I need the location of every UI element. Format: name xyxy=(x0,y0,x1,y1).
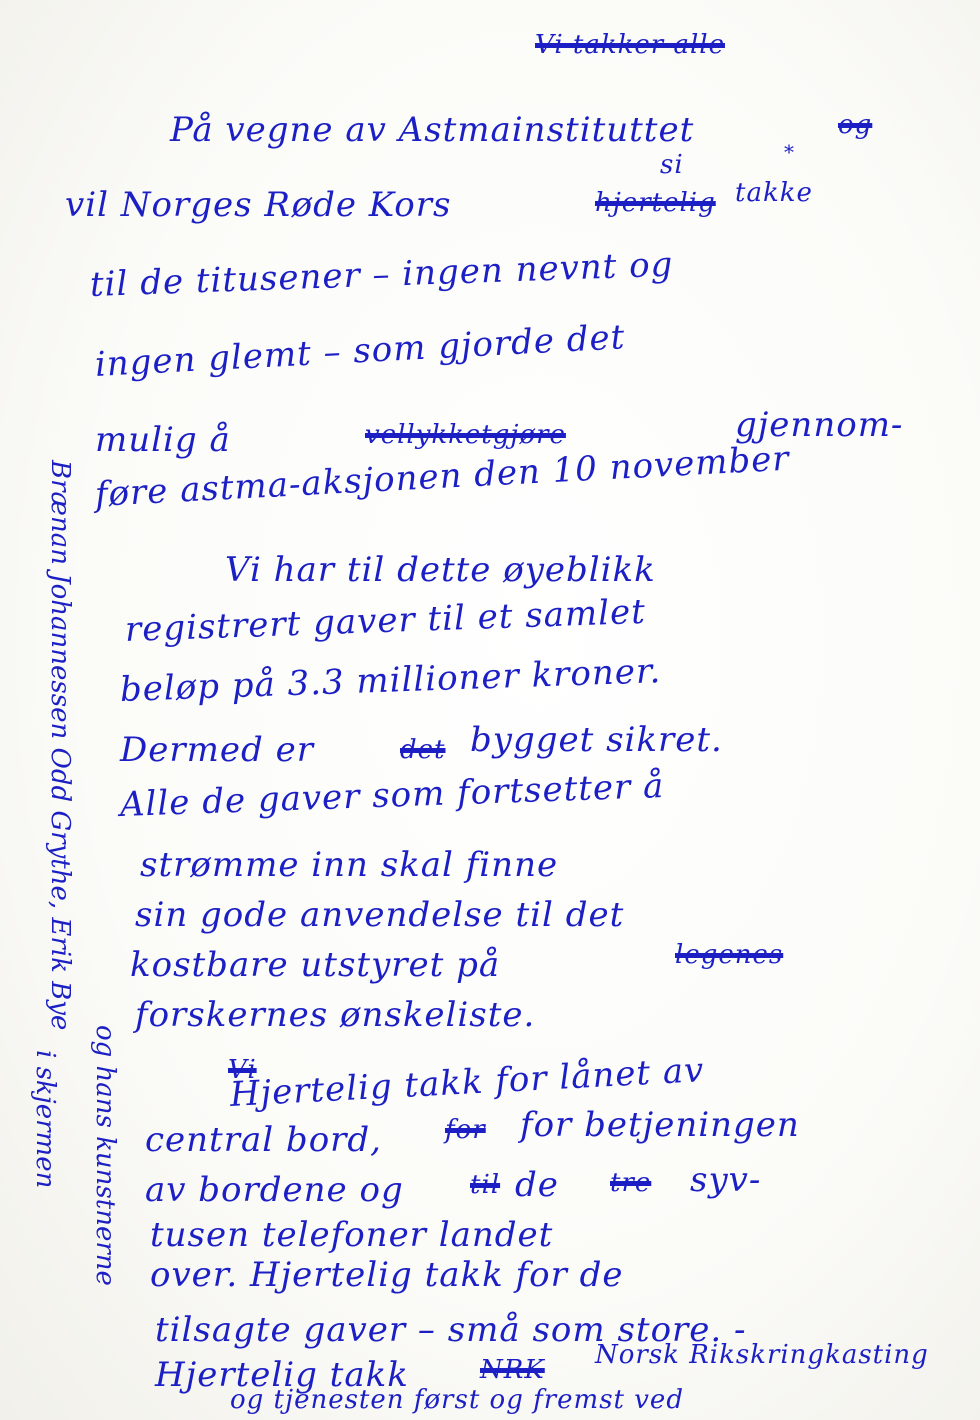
line-9: beløp på 3.3 millioner kroner. xyxy=(119,651,662,710)
line-2-strike: hjertelig xyxy=(595,188,716,218)
line-23b: Norsk Rikskringkasting xyxy=(595,1340,929,1370)
line-19-strike2: tre xyxy=(610,1168,651,1198)
line-19a: av bordene og xyxy=(145,1170,404,1210)
insertion-mark: * xyxy=(784,140,795,164)
letter-page: Vi takker alle På vegne av Astmainstitut… xyxy=(0,0,980,1420)
line-14a: kostbare utstyret på xyxy=(130,945,500,985)
margin-note-line-2: og hans kunstnerne xyxy=(90,1025,120,1286)
line-2-insert: si xyxy=(660,150,684,180)
line-7: Vi har til dette øyeblikk xyxy=(225,550,656,590)
line-2-end: takke xyxy=(735,178,813,208)
line-24: og tjenesten først og fremst ved xyxy=(230,1385,684,1415)
line-10-strike: det xyxy=(400,735,445,765)
line-3: til de titusener – ingen nevnt og xyxy=(89,245,674,305)
line-15: forskernes ønskeliste. xyxy=(135,995,535,1035)
line-19b: de xyxy=(515,1165,559,1205)
line-13: sin gode anvendelse til det xyxy=(135,895,624,935)
line-10a: Dermed er xyxy=(120,730,314,770)
line-18a: central bord, xyxy=(145,1120,382,1160)
line-18b: for betjeningen xyxy=(520,1105,800,1145)
line-5-strike: vellykketgjøre xyxy=(365,420,566,450)
header-strikeout: Vi takker alle xyxy=(535,30,725,60)
line-19-strike1: til xyxy=(470,1170,500,1200)
line-20: tusen telefoner landet xyxy=(150,1215,553,1255)
line-5b: gjennom- xyxy=(735,405,903,445)
line-18-strike: for xyxy=(445,1115,486,1145)
line-1: På vegne av Astmainstituttet xyxy=(170,110,694,150)
line-12: strømme inn skal finne xyxy=(140,845,558,885)
line-4: ingen glemt – som gjorde det xyxy=(94,317,626,385)
line-8: registrert gaver til et samlet xyxy=(124,592,646,650)
line-14-strike: legenes xyxy=(675,940,783,970)
line-19c: syv- xyxy=(690,1160,761,1200)
line-11: Alle de gaver som fortsetter å xyxy=(119,766,665,825)
line-10b: bygget sikret. xyxy=(470,720,723,760)
line-2: vil Norges Røde Kors xyxy=(65,185,451,225)
margin-note-line-1: Brænan Johannessen Odd Grythe, Erik Bye xyxy=(45,460,75,1030)
line-23-strike: NRK xyxy=(480,1355,545,1385)
margin-note-line-3: i skjermen xyxy=(30,1050,60,1188)
line-5a: mulig å xyxy=(95,420,231,460)
line-21: over. Hjertelig takk for de xyxy=(150,1255,624,1295)
line-1-strike: og xyxy=(838,110,872,140)
